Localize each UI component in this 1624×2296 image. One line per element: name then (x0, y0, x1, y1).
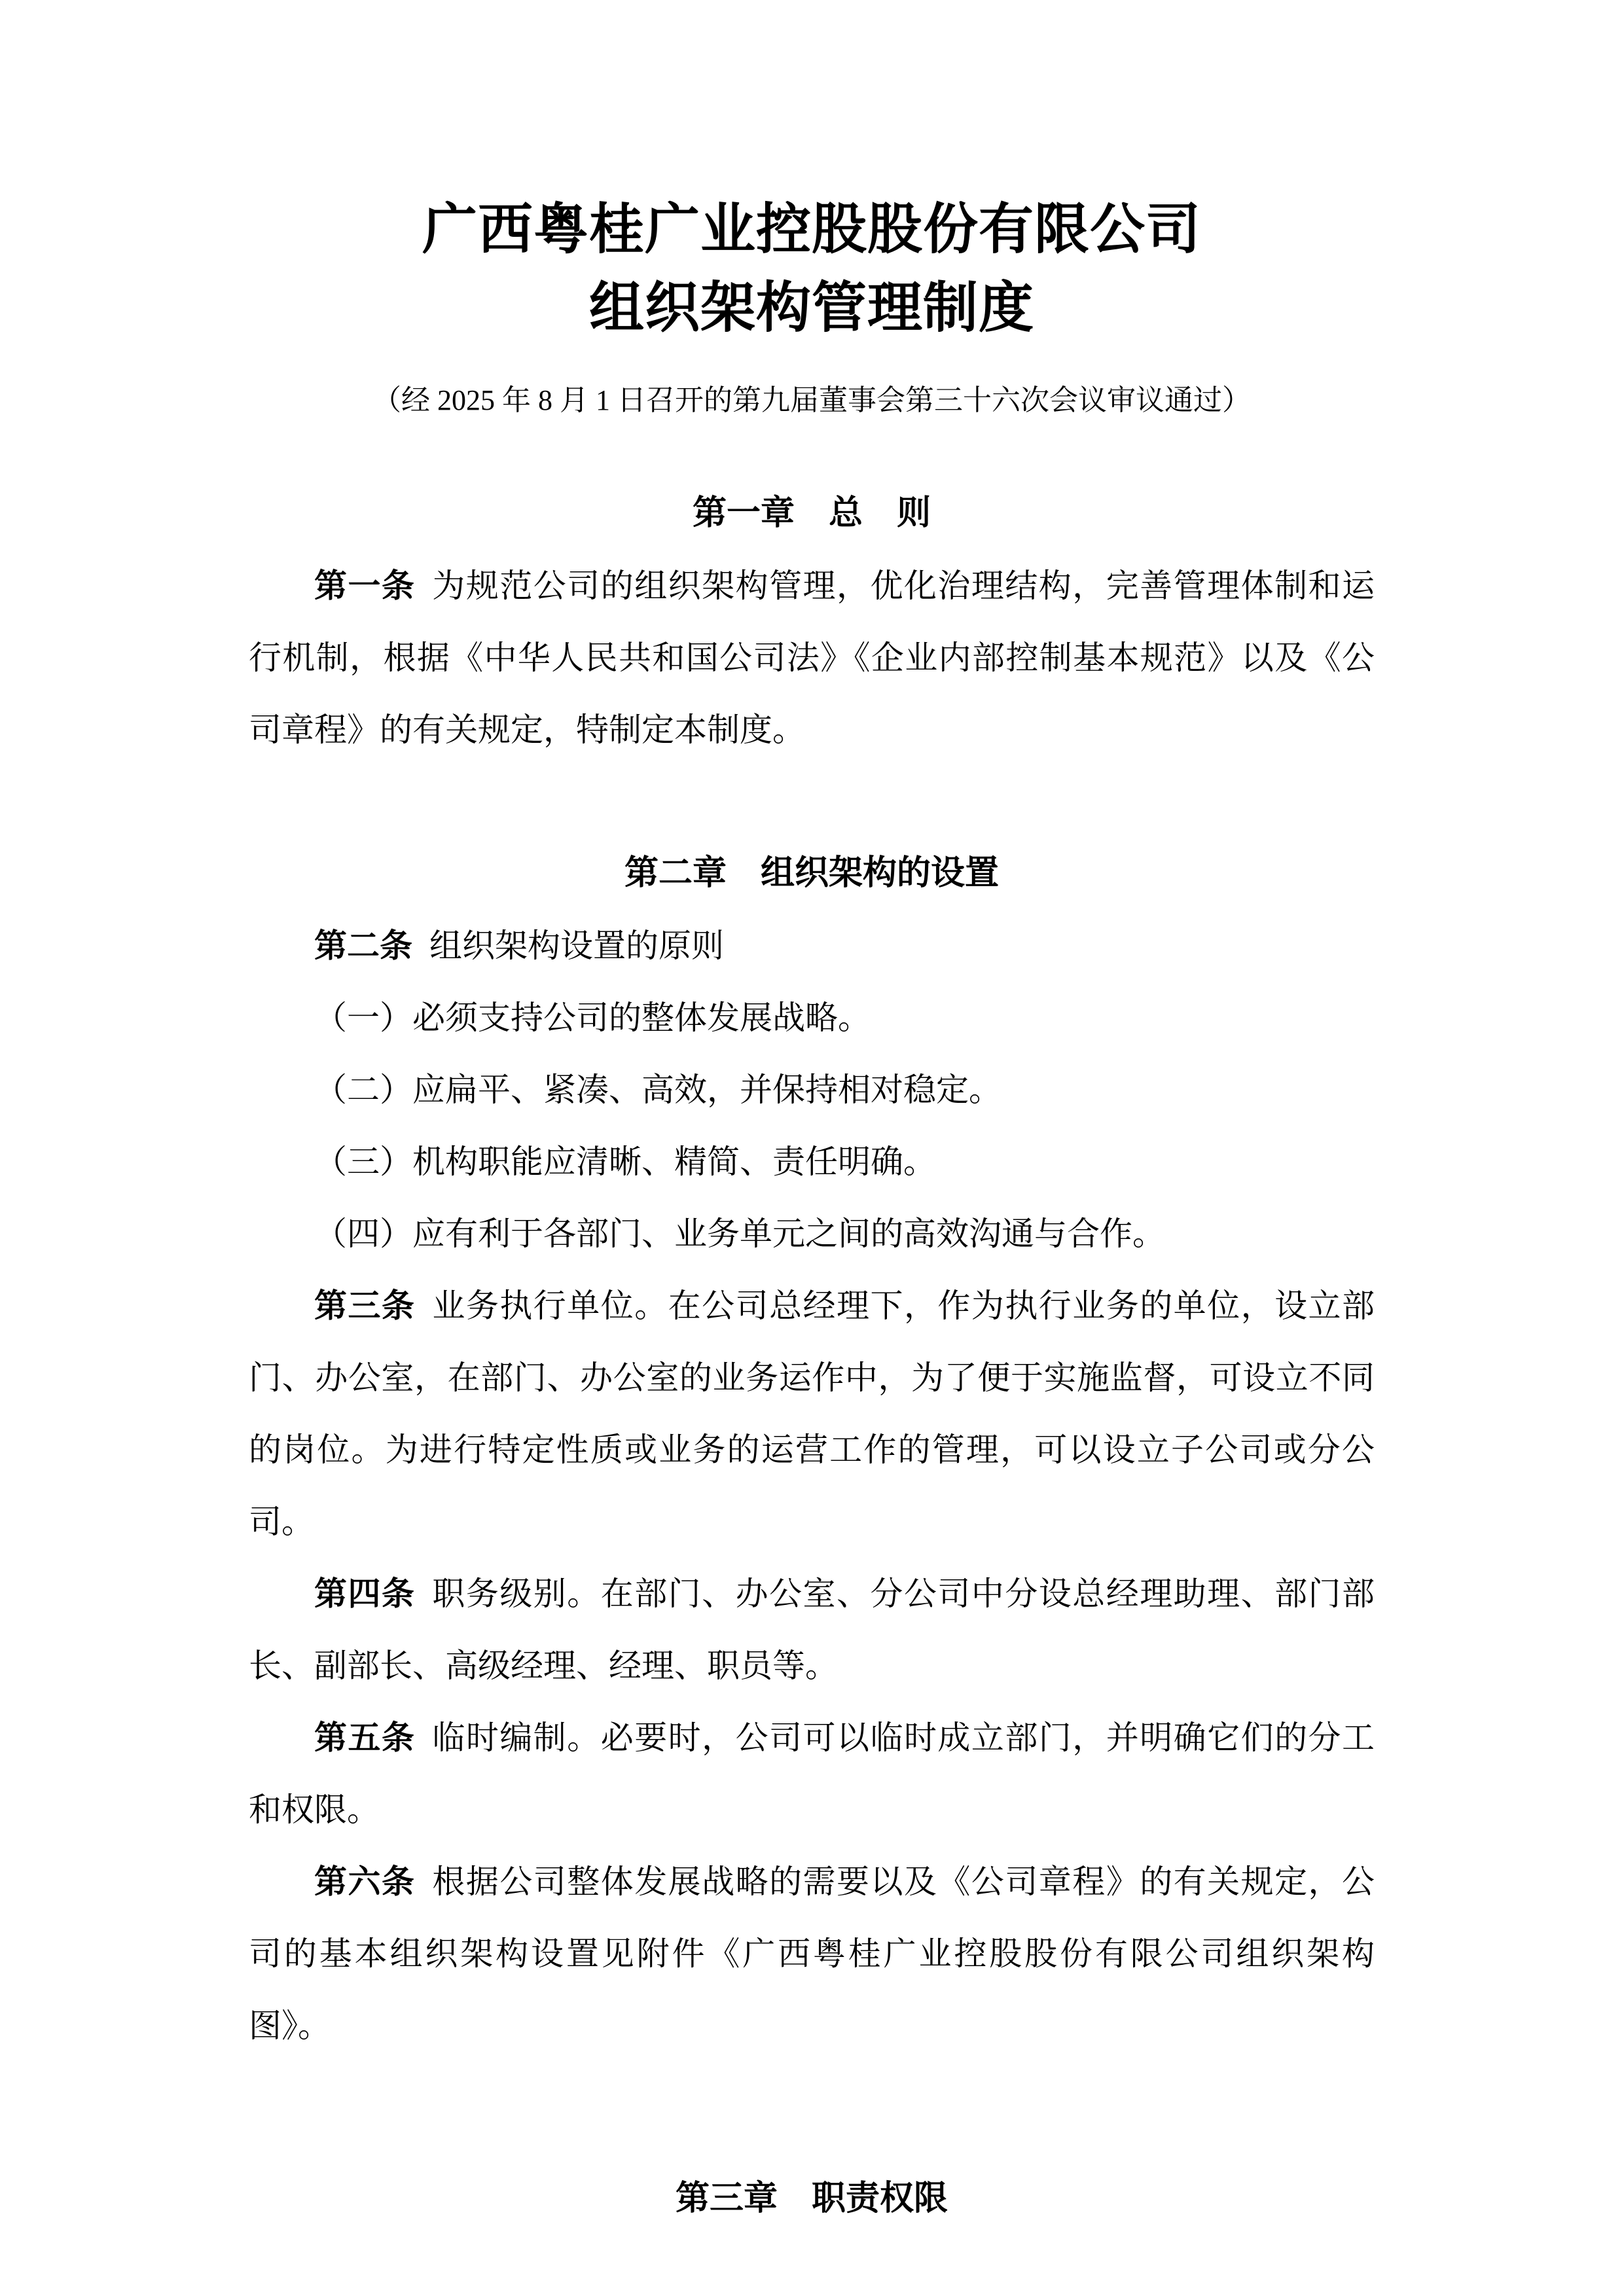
article-5-label: 第五条 (314, 1719, 415, 1756)
principle-item-2: （二）应扁平、紧凑、高效，并保持相对稳定。 (249, 1054, 1375, 1126)
article-6-paragraph: 第六条根据公司整体发展战略的需要以及《公司章程》的有关规定，公司的基本组织架构设… (249, 1846, 1375, 2062)
approval-note: （经 2025 年 8 月 1 日召开的第九届董事会第三十六次会议审议通过） (249, 374, 1375, 427)
article-6-label: 第六条 (314, 1863, 415, 1900)
article-2-label: 第二条 (314, 927, 412, 964)
principle-item-4: （四）应有利于各部门、业务单元之间的高效沟通与合作。 (249, 1198, 1375, 1270)
article-4-text: 职务级别。在部门、办公室、分公司中分设总经理助理、部门部长、副部长、高级经理、经… (249, 1575, 1375, 1684)
article-6-text: 根据公司整体发展战略的需要以及《公司章程》的有关规定，公司的基本组织架构设置见附… (249, 1863, 1375, 2044)
article-1-text: 为规范公司的组织架构管理，优化治理结构，完善管理体制和运行机制，根据《中华人民共… (249, 567, 1375, 748)
document-subtitle-line: 组织架构管理制度 (249, 270, 1375, 348)
article-5-paragraph: 第五条临时编制。必要时，公司可以临时成立部门，并明确它们的分工和权限。 (249, 1702, 1375, 1846)
article-4-label: 第四条 (314, 1575, 415, 1612)
principle-item-1: （一）必须支持公司的整体发展战略。 (249, 982, 1375, 1054)
article-2-paragraph: 第二条组织架构设置的原则 (249, 910, 1375, 982)
principle-item-2-text: （二）应扁平、紧凑、高效，并保持相对稳定。 (314, 1071, 1001, 1108)
company-name-title-line: 广西粤桂广业控股股份有限公司 (249, 191, 1375, 270)
article-3-text: 业务执行单位。在公司总经理下，作为执行业务的单位，设立部门、办公室，在部门、办公… (249, 1287, 1375, 1540)
principle-item-4-text: （四）应有利于各部门、业务单元之间的高效沟通与合作。 (314, 1215, 1165, 1252)
article-5-text: 临时编制。必要时，公司可以临时成立部门，并明确它们的分工和权限。 (249, 1719, 1375, 1828)
principle-item-3: （三）机构职能应清晰、精简、责任明确。 (249, 1126, 1375, 1198)
article-3-label: 第三条 (314, 1287, 415, 1324)
article-1-label: 第一条 (314, 567, 415, 604)
article-3-paragraph: 第三条业务执行单位。在公司总经理下，作为执行业务的单位，设立部门、办公室，在部门… (249, 1270, 1375, 1558)
principle-item-1-text: （一）必须支持公司的整体发展战略。 (314, 999, 871, 1036)
article-1-paragraph: 第一条为规范公司的组织架构管理，优化治理结构，完善管理体制和运行机制，根据《中华… (249, 550, 1375, 766)
article-4-paragraph: 第四条职务级别。在部门、办公室、分公司中分设总经理助理、部门部长、副部长、高级经… (249, 1558, 1375, 1702)
document-title: 广西粤桂广业控股股份有限公司 组织架构管理制度 (249, 191, 1375, 348)
principle-item-3-text: （三）机构职能应清晰、精简、责任明确。 (314, 1143, 936, 1180)
chapter-3-heading: 第三章 职责权限 (249, 2163, 1375, 2235)
chapter-1-heading: 第一章 总 则 (249, 478, 1375, 550)
document-page: 广西粤桂广业控股股份有限公司 组织架构管理制度 （经 2025 年 8 月 1 … (0, 0, 1624, 2296)
chapter-2-heading: 第二章 组织架构的设置 (249, 838, 1375, 910)
document-content: 广西粤桂广业控股股份有限公司 组织架构管理制度 （经 2025 年 8 月 1 … (0, 0, 1624, 2235)
article-2-text: 组织架构设置的原则 (429, 927, 724, 964)
